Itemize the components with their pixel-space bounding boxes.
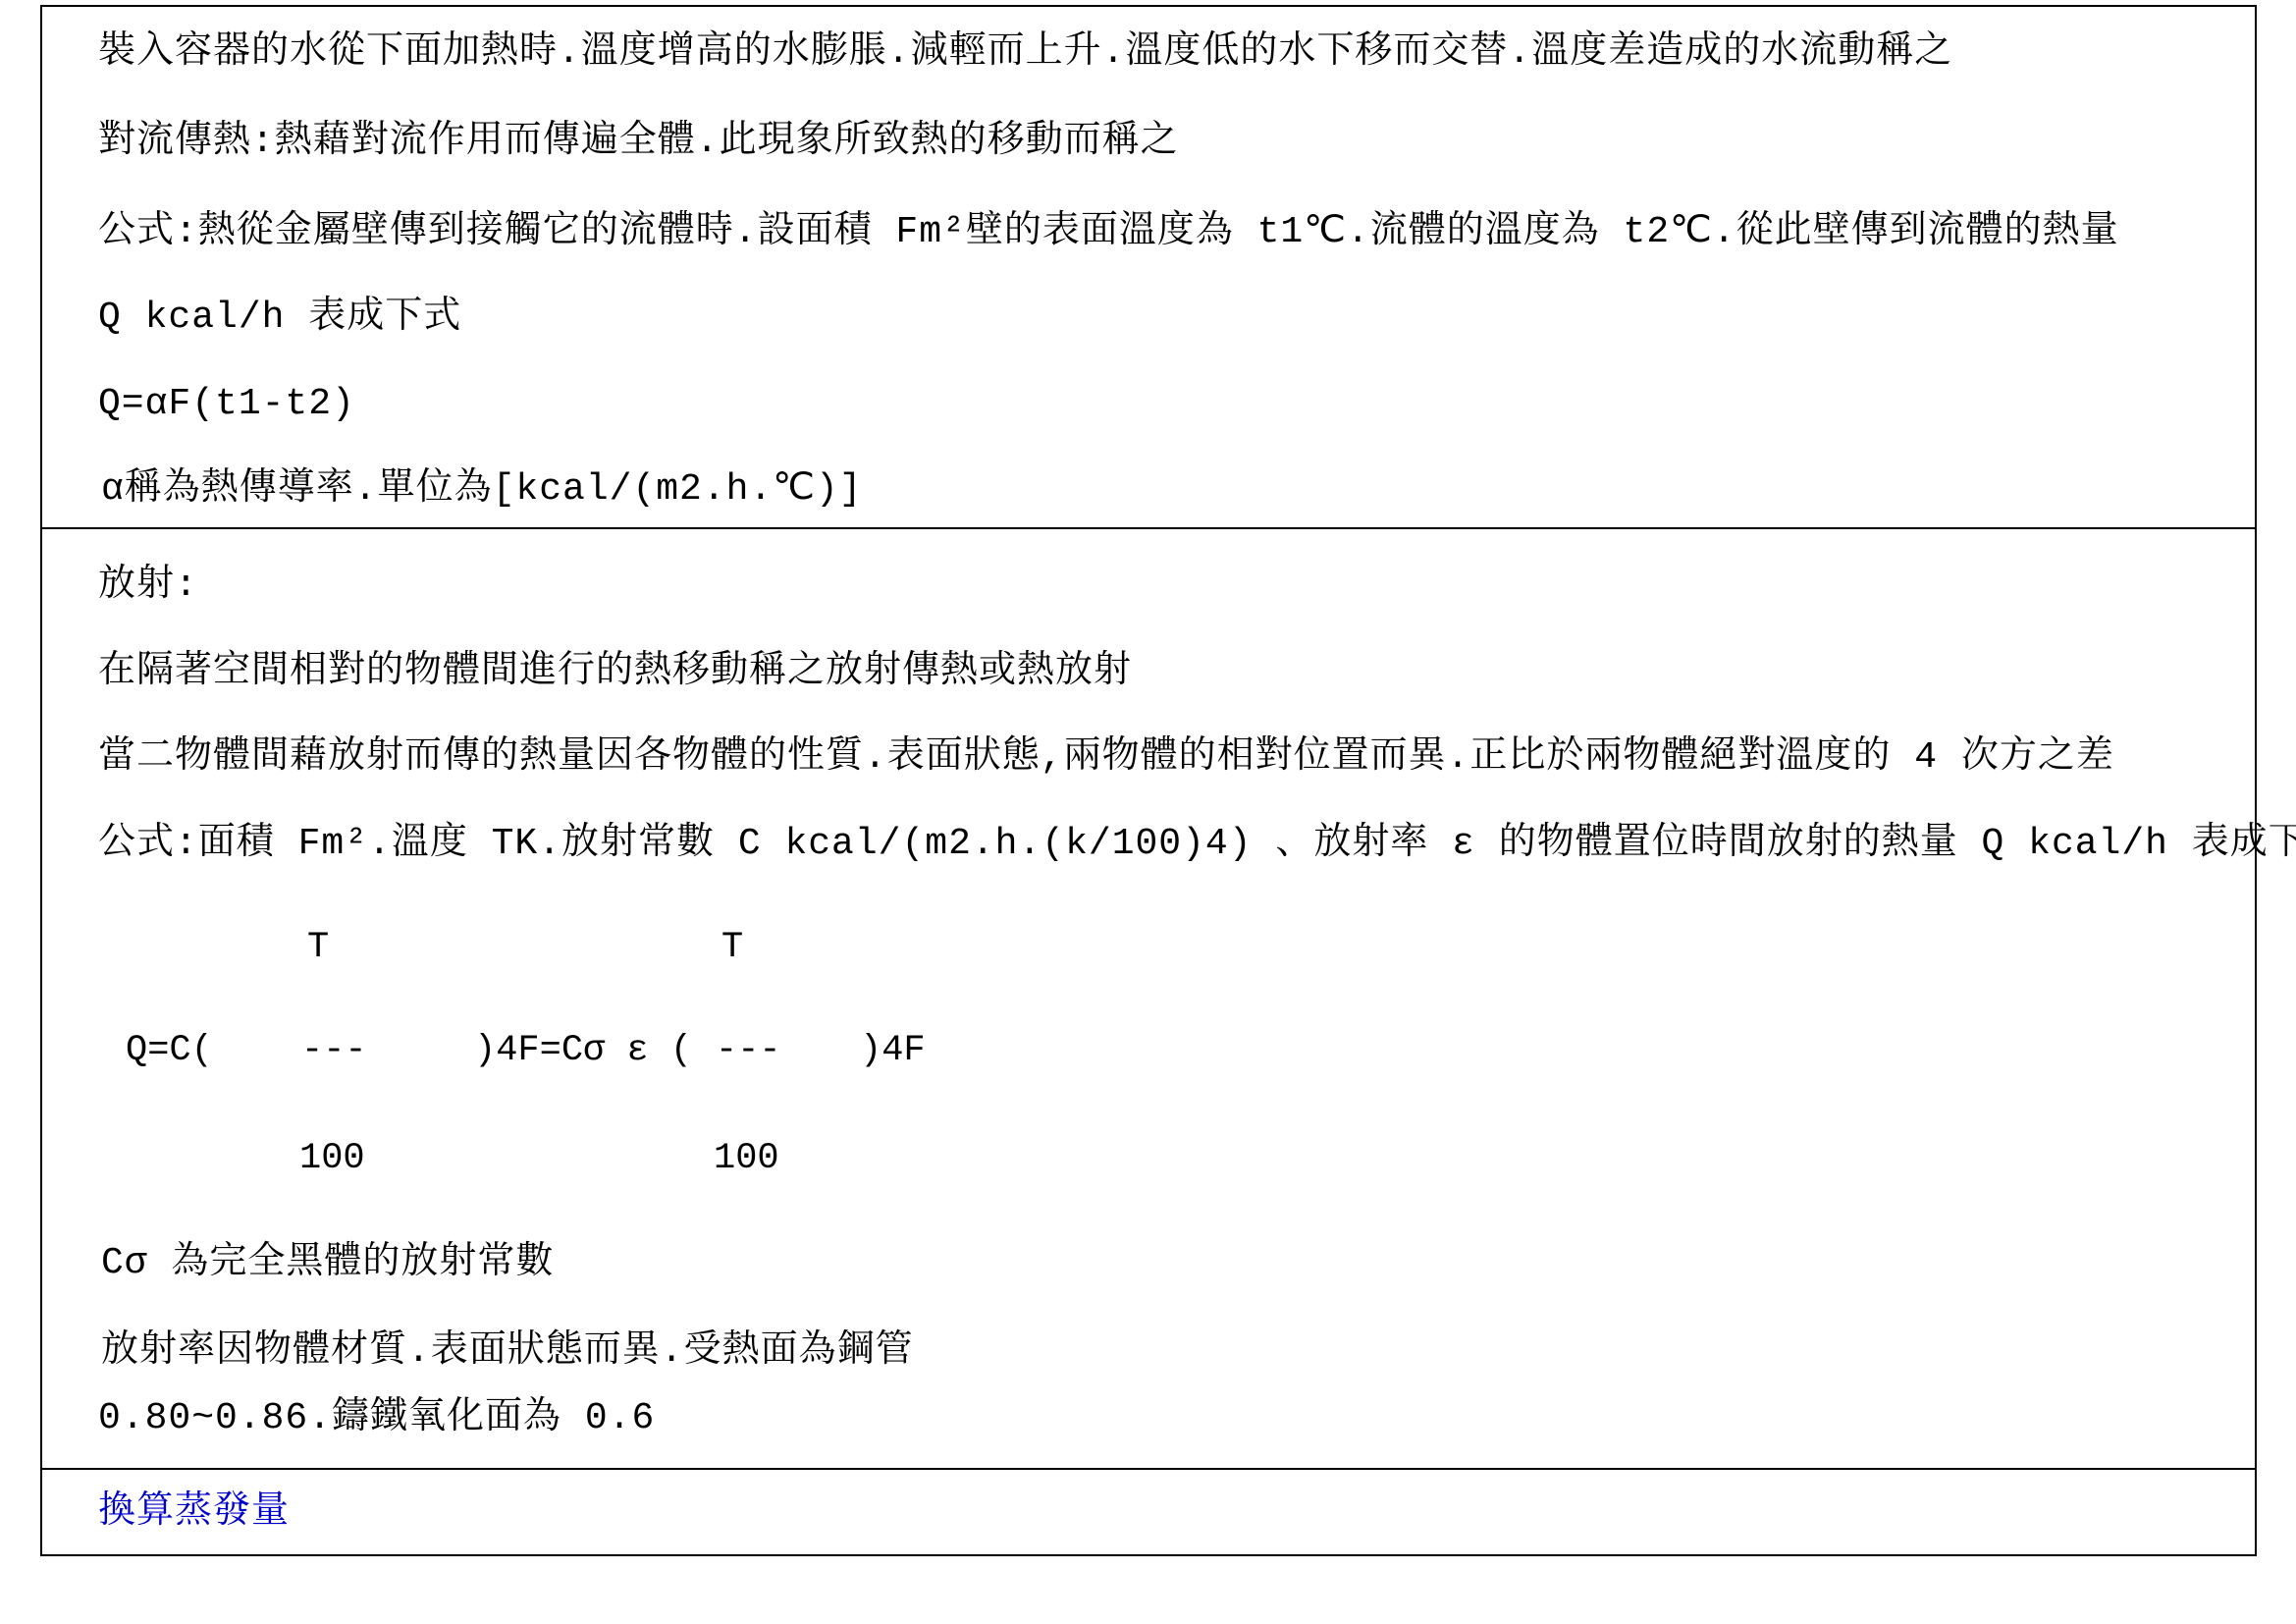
convection-formula-intro-line: 公式:熱從金屬壁傳到接觸它的流體時.設面積 Fm²壁的表面溫度為 t1℃.流體的… xyxy=(98,211,2119,254)
formula-fraction-bar-2: --- xyxy=(716,1029,781,1072)
formula-numerator-2: T xyxy=(721,926,743,969)
formula-lhs: Q=C( xyxy=(126,1029,213,1072)
alpha-unit-line: α稱為熱傳導率.單位為[kcal/(m2.h.℃)] xyxy=(101,468,863,512)
black-body-constant-line: Cσ 為完全黑體的放射常數 xyxy=(101,1242,554,1285)
convection-definition-line: 對流傳熱:熱藉對流作用而傳遍全體.此現象所致熱的移動而稱之 xyxy=(98,121,1179,164)
document-page: 裝入容器的水從下面加熱時.溫度增高的水膨脹.減輕而上升.溫度低的水下移而交替.溫… xyxy=(0,0,2296,1624)
convection-intro-line: 裝入容器的水從下面加熱時.溫度增高的水膨脹.減輕而上升.溫度低的水下移而交替.溫… xyxy=(98,31,1952,75)
formula-fraction-bar-1: --- xyxy=(301,1029,367,1072)
formula-denominator-1: 100 xyxy=(299,1137,365,1180)
section-convection: 裝入容器的水從下面加熱時.溫度增高的水膨脹.減輕而上升.溫度低的水下移而交替.溫… xyxy=(42,7,2255,527)
formula-rhs: )4F xyxy=(860,1029,926,1072)
formula-mid: )4F=Cσ ε ( xyxy=(474,1029,692,1072)
content-table: 裝入容器的水從下面加熱時.溫度增高的水膨脹.減輕而上升.溫度低的水下移而交替.溫… xyxy=(40,5,2257,1556)
section-radiation: 放射: 在隔著空間相對的物體間進行的熱移動稱之放射傳熱或熱放射 當二物體間藉放射… xyxy=(42,527,2255,1468)
radiation-property-line: 當二物體間藉放射而傳的熱量因各物體的性質.表面狀態,兩物體的相對位置而異.正比於… xyxy=(98,736,2114,780)
radiation-definition-line: 在隔著空間相對的物體間進行的熱移動稱之放射傳熱或熱放射 xyxy=(98,651,1132,694)
formula-numerator-1: T xyxy=(307,926,329,969)
evaporation-conversion-link[interactable]: 換算蒸發量 xyxy=(98,1491,290,1535)
emissivity-material-line: 放射率因物體材質.表面狀態而異.受熱面為鋼管 xyxy=(101,1330,914,1374)
formula-denominator-2: 100 xyxy=(714,1137,779,1180)
convection-equation-line: Q=αF(t1-t2) xyxy=(98,383,355,426)
radiation-heading: 放射: xyxy=(98,565,198,608)
radiation-formula-intro-line: 公式:面積 Fm².溫度 TK.放射常數 C kcal/(m2.h.(k/100… xyxy=(98,823,2296,866)
section-footer: 換算蒸發量 xyxy=(42,1468,2255,1554)
emissivity-values-line: 0.80~0.86.鑄鐵氧化面為 0.6 xyxy=(98,1397,655,1440)
convection-q-unit-line: Q kcal/h 表成下式 xyxy=(98,297,461,340)
